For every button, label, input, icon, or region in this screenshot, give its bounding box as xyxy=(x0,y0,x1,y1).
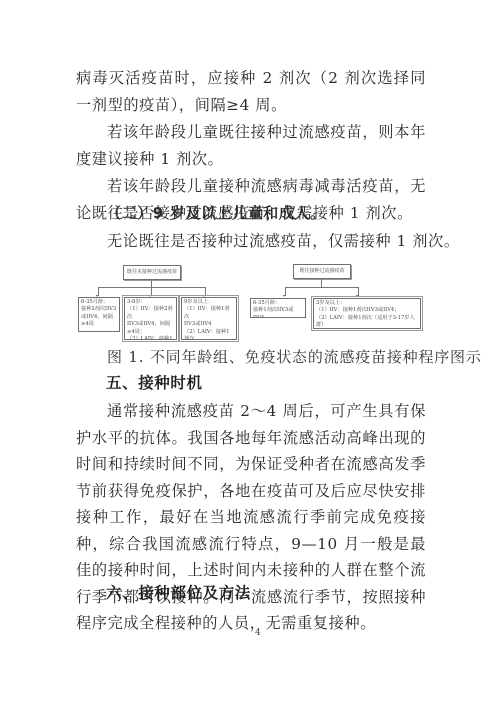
box-line: （1）IIV：接种1剂次IIV3或IIV4； xyxy=(316,307,418,314)
box-line: IIV3或IIV4 xyxy=(184,321,234,328)
connector-line xyxy=(98,287,99,296)
connector-line xyxy=(205,287,206,296)
diagram-right-root-label: 既往接种过流感疫苗 xyxy=(299,268,344,274)
connector-line xyxy=(285,287,286,296)
box-line: 3岁及以上： xyxy=(316,300,418,307)
connector-line xyxy=(98,287,206,288)
connector-line xyxy=(285,287,359,288)
diagram-box-3-plus-vaccinated: 3岁及以上： （1）IIV：接种1剂次IIV3或IIV4； （2）LAIV：接种… xyxy=(313,298,421,329)
paragraph-dose-interval: 病毒灭活疫苗时，应接种 2 剂次（2 剂次选择同一剂型的疫苗），间隔≥4 周。 xyxy=(76,65,426,119)
box-line: （1）IIV：接种2剂次 xyxy=(127,306,174,321)
connector-line xyxy=(151,280,152,287)
diagram-box-6-35-months-unvaccinated: 6-35月龄： 接种2剂次IIV3 或IIV4，间隔 ≥4周 xyxy=(78,297,120,332)
page-number: 4 xyxy=(255,628,261,638)
diagram-box-9-plus-unvaccinated: 9岁及以上： （1）IIV：接种1剂次 IIV3或IIV4 （2）LAIV：接种… xyxy=(181,297,237,340)
box-line: （2）LAIV：接种1剂次（适用于3-17岁人群） xyxy=(316,315,418,329)
box-line: IIV3或IIV4，间隔≥4周； xyxy=(127,321,174,336)
diagram-left-root-box: 既往未接种过流感疫苗 xyxy=(123,265,181,280)
subheading-9-years-and-adults: （二）9 岁及以上儿童和成人。 xyxy=(106,200,326,227)
document-page: 病毒灭活疫苗时，应接种 2 剂次（2 剂次选择同一剂型的疫苗），间隔≥4 周。 … xyxy=(0,0,500,707)
arrow-down-icon xyxy=(356,295,358,297)
box-line: ≥4周 xyxy=(81,321,117,328)
diagram-box-3-8-years-unvaccinated: 3-8岁： （1）IIV：接种2剂次 IIV3或IIV4，间隔≥4周； （2）L… xyxy=(124,297,177,340)
section-heading-site-and-method: 六、接种部位及方法 xyxy=(106,581,251,605)
figure-caption: 图 1. 不同年龄组、免疫状态的流感疫苗接种程序图示 xyxy=(107,345,482,369)
box-line: （1）IIV：接种1剂次 xyxy=(184,306,234,321)
paragraph-single-dose: 无论既往是否接种过流感疫苗，仅需接种 1 剂次。 xyxy=(76,228,426,255)
box-line: 或IIV4，间隔 xyxy=(81,314,117,321)
box-line: 9岁及以上： xyxy=(184,299,234,306)
box-line: 接种1剂次IIV3或IIV4 xyxy=(253,307,303,318)
box-line: 6-35月龄： xyxy=(253,300,303,307)
arrow-down-icon xyxy=(283,295,285,297)
connector-line xyxy=(151,287,152,296)
box-line: （2）LAIV：接种1剂次 xyxy=(184,329,234,340)
diagram-left-root-label: 既往未接种过流感疫苗 xyxy=(127,269,177,275)
section-heading-vaccination-timing: 五、接种时机 xyxy=(106,371,203,395)
box-line: 6-35月龄： xyxy=(81,299,117,306)
box-line: 接种2剂次IIV3 xyxy=(81,306,117,313)
arrow-down-icon xyxy=(96,295,98,297)
box-line: （2）LAIV：接种1剂 xyxy=(127,336,174,340)
paragraph-previously-vaccinated: 若该年龄段儿童既往接种过流感疫苗，则本年度建议接种 1 剂次。 xyxy=(76,119,426,173)
box-line: 3-8岁： xyxy=(127,299,174,306)
arrow-down-icon xyxy=(203,295,205,297)
connector-line xyxy=(358,287,359,296)
arrow-down-icon xyxy=(149,295,151,297)
diagram-box-6-35-months-vaccinated: 6-35月龄： 接种1剂次IIV3或IIV4 xyxy=(250,298,306,318)
diagram-right-root-box: 既往接种过流感疫苗 xyxy=(293,264,351,279)
connector-line xyxy=(321,279,322,287)
